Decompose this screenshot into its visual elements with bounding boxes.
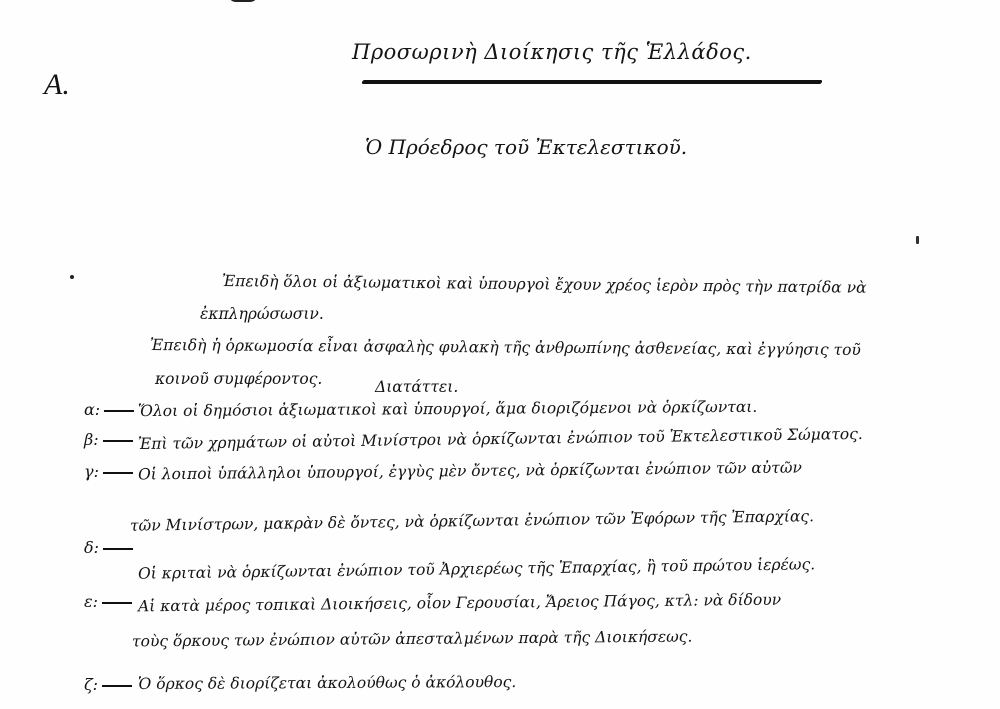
- ink-blot: [228, 0, 258, 2]
- document-title: Προσωρινὴ Διοίκησις τῆς Ἑλλάδος.: [352, 40, 752, 64]
- article-marker-d: δ:: [84, 538, 137, 557]
- article-text-a: Ὅλοι οἱ δημόσιοι ἀξιωματικοὶ καὶ ὑπουργο…: [138, 398, 757, 420]
- article-mark: β:: [84, 430, 99, 449]
- article-mark: γ:: [84, 462, 99, 481]
- ink-speck: [916, 236, 919, 244]
- preamble-line-1: Ἐπειδὴ ὅλοι οἱ ἀξιωματικοὶ καὶ ὑπουργοὶ …: [222, 272, 867, 297]
- article-text-d: Οἱ κριταὶ νὰ ὁρκίζωνται ἐνώπιον τοῦ Ἀρχι…: [138, 555, 815, 582]
- article-marker-f: ζ:: [84, 675, 136, 694]
- article-marker-a: α:: [84, 400, 138, 419]
- dash: [103, 472, 133, 474]
- article-text-c: Οἱ λοιποὶ ὑπάλληλοι ὑπουργοί, ἐγγὺς μὲν …: [138, 459, 802, 484]
- article-marker-b: β:: [84, 430, 137, 449]
- article-text-e-cont: τοὺς ὅρκους των ἐνώπιον αὐτῶν ἀπεσταλμέν…: [132, 628, 693, 651]
- dash: [103, 440, 133, 442]
- dash: [102, 685, 132, 687]
- article-text-f: Ὁ ὅρκος δὲ διορίζεται ἀκολούθως ὁ ἀκόλου…: [138, 673, 516, 693]
- article-text-b: Ἐπὶ τῶν χρημάτων οἱ αὐτοὶ Μινίστροι νὰ ὁ…: [138, 425, 863, 453]
- article-marker-e: ε:: [84, 592, 136, 611]
- dash: [102, 602, 132, 604]
- document-subtitle: Ὁ Πρόεδρος τοῦ Ἐκτελεστικοῦ.: [365, 135, 687, 159]
- manuscript-page: Α. Προσωρινὴ Διοίκησις τῆς Ἑλλάδος. Ὁ Πρ…: [0, 0, 1000, 709]
- article-mark: δ:: [84, 538, 99, 557]
- article-text-c-cont: τῶν Μινίστρων, μακρὰν δὲ ὄντες, νὰ ὁρκίζ…: [130, 507, 814, 535]
- article-mark: ε:: [84, 592, 98, 611]
- dash: [103, 548, 133, 550]
- dash: [104, 410, 134, 412]
- decree-word: Διατάττει.: [375, 378, 458, 396]
- article-text-e: Αἱ κατὰ μέρος τοπικαὶ Διοικήσεις, οἷον Γ…: [138, 591, 781, 616]
- title-underline: [361, 80, 822, 84]
- preamble-line-4: κοινοῦ συμφέροντος.: [155, 370, 322, 388]
- article-marker-c: γ:: [84, 462, 137, 481]
- preamble-line-3: Ἐπειδὴ ἡ ὁρκωμοσία εἶναι ἀσφαλὴς φυλακὴ …: [150, 336, 861, 359]
- preamble-line-2: ἐκπληρώσωσιν.: [200, 305, 324, 323]
- section-letter: Α.: [44, 68, 70, 102]
- ink-dot: [70, 275, 74, 279]
- article-mark: α:: [84, 400, 100, 419]
- article-mark: ζ:: [84, 675, 98, 694]
